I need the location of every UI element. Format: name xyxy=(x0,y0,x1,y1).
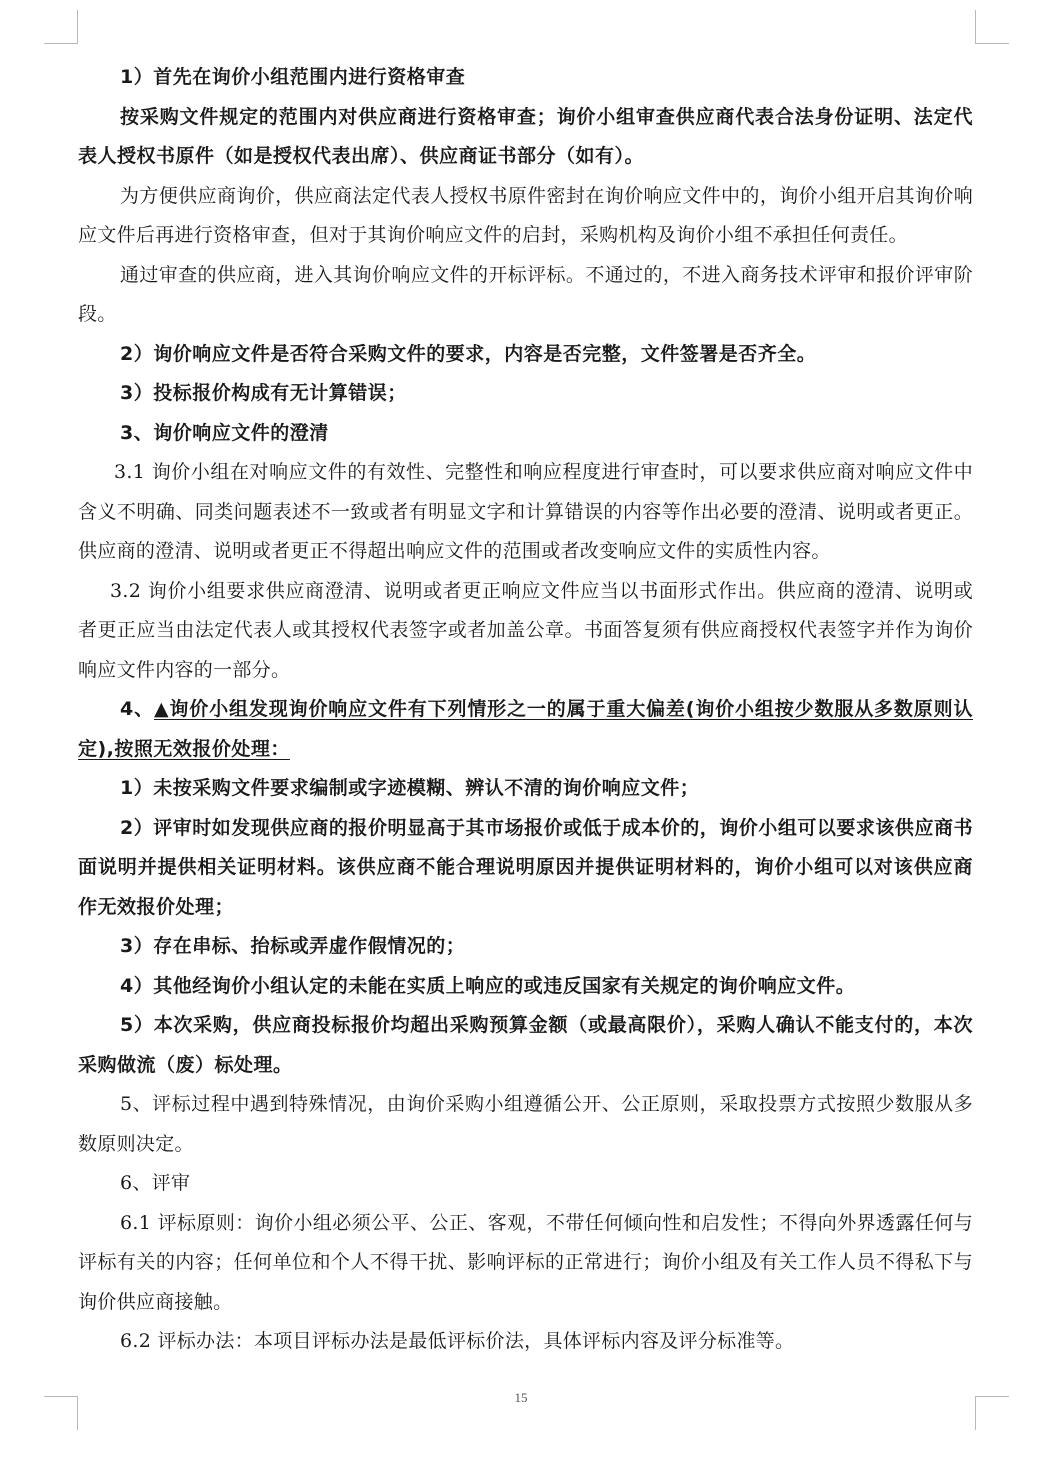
paragraph-review-passed: 通过审查的供应商，进入其询价响应文件的开标评标。不通过的，不进入商务技术评审和报… xyxy=(78,256,973,335)
deviation-item-1: 1）未按采购文件要求编制或字迹模糊、辨认不清的询价响应文件； xyxy=(78,769,973,809)
document-body: 1）首先在询价小组范围内进行资格审查 按采购文件规定的范围内对供应商进行资格审查… xyxy=(78,58,973,1362)
major-deviation-statement: ▲询价小组发现询价响应文件有下列情形之一的属于重大偏差(询价小组按少数服从多数原… xyxy=(78,698,973,760)
section-heading-clarification: 3、询价响应文件的澄清 xyxy=(78,414,973,454)
paragraph-clarification-3-1: 3.1 询价小组在对响应文件的有效性、完整性和响应程度进行审查时，可以要求供应商… xyxy=(78,453,973,572)
paragraph-clarification-3-2: 3.2 询价小组要求供应商澄清、说明或者更正响应文件应当以书面形式作出。供应商的… xyxy=(78,572,973,691)
section-number: 4、 xyxy=(120,698,154,720)
paragraph-sealed-authorization: 为方便供应商询价，供应商法定代表人授权书原件密封在询价响应文件中的，询价小组开启… xyxy=(78,177,973,256)
crop-mark-top-right xyxy=(975,10,1009,44)
deviation-item-5: 5）本次采购，供应商投标报价均超出采购预算金额（或最高限价），采购人确认不能支付… xyxy=(78,1006,973,1085)
crop-mark-top-left xyxy=(44,10,78,44)
paragraph-qualification-scope: 按采购文件规定的范围内对供应商进行资格审查；询价小组审查供应商代表合法身份证明、… xyxy=(78,98,973,177)
paragraph-price-error-check: 3）投标报价构成有无计算错误； xyxy=(78,374,973,414)
deviation-item-2: 2）评审时如发现供应商的报价明显高于其市场报价或低于成本价的，询价小组可以要求该… xyxy=(78,809,973,928)
page-number: 15 xyxy=(0,1390,1042,1406)
paragraph-qualification-heading: 1）首先在询价小组范围内进行资格审查 xyxy=(78,58,973,98)
deviation-item-3: 3）存在串标、抬标或弄虚作假情况的； xyxy=(78,927,973,967)
paragraph-special-circumstances: 5、评标过程中遇到特殊情况，由询价采购小组遵循公开、公正原则，采取投票方式按照少… xyxy=(78,1085,973,1164)
section-heading-major-deviation: 4、▲询价小组发现询价响应文件有下列情形之一的属于重大偏差(询价小组按少数服从多… xyxy=(78,690,973,769)
paragraph-compliance-check: 2）询价响应文件是否符合采购文件的要求，内容是否完整，文件签署是否齐全。 xyxy=(78,335,973,375)
paragraph-evaluation-principle: 6.1 评标原则：询价小组必须公平、公正、客观，不带任何倾向性和启发性；不得向外… xyxy=(78,1204,973,1323)
section-heading-evaluation: 6、评审 xyxy=(78,1164,973,1204)
paragraph-evaluation-method: 6.2 评标办法：本项目评标办法是最低评标价法，具体评标内容及评分标准等。 xyxy=(78,1322,973,1362)
deviation-item-4: 4）其他经询价小组认定的未能在实质上响应的或违反国家有关规定的询价响应文件。 xyxy=(78,967,973,1007)
